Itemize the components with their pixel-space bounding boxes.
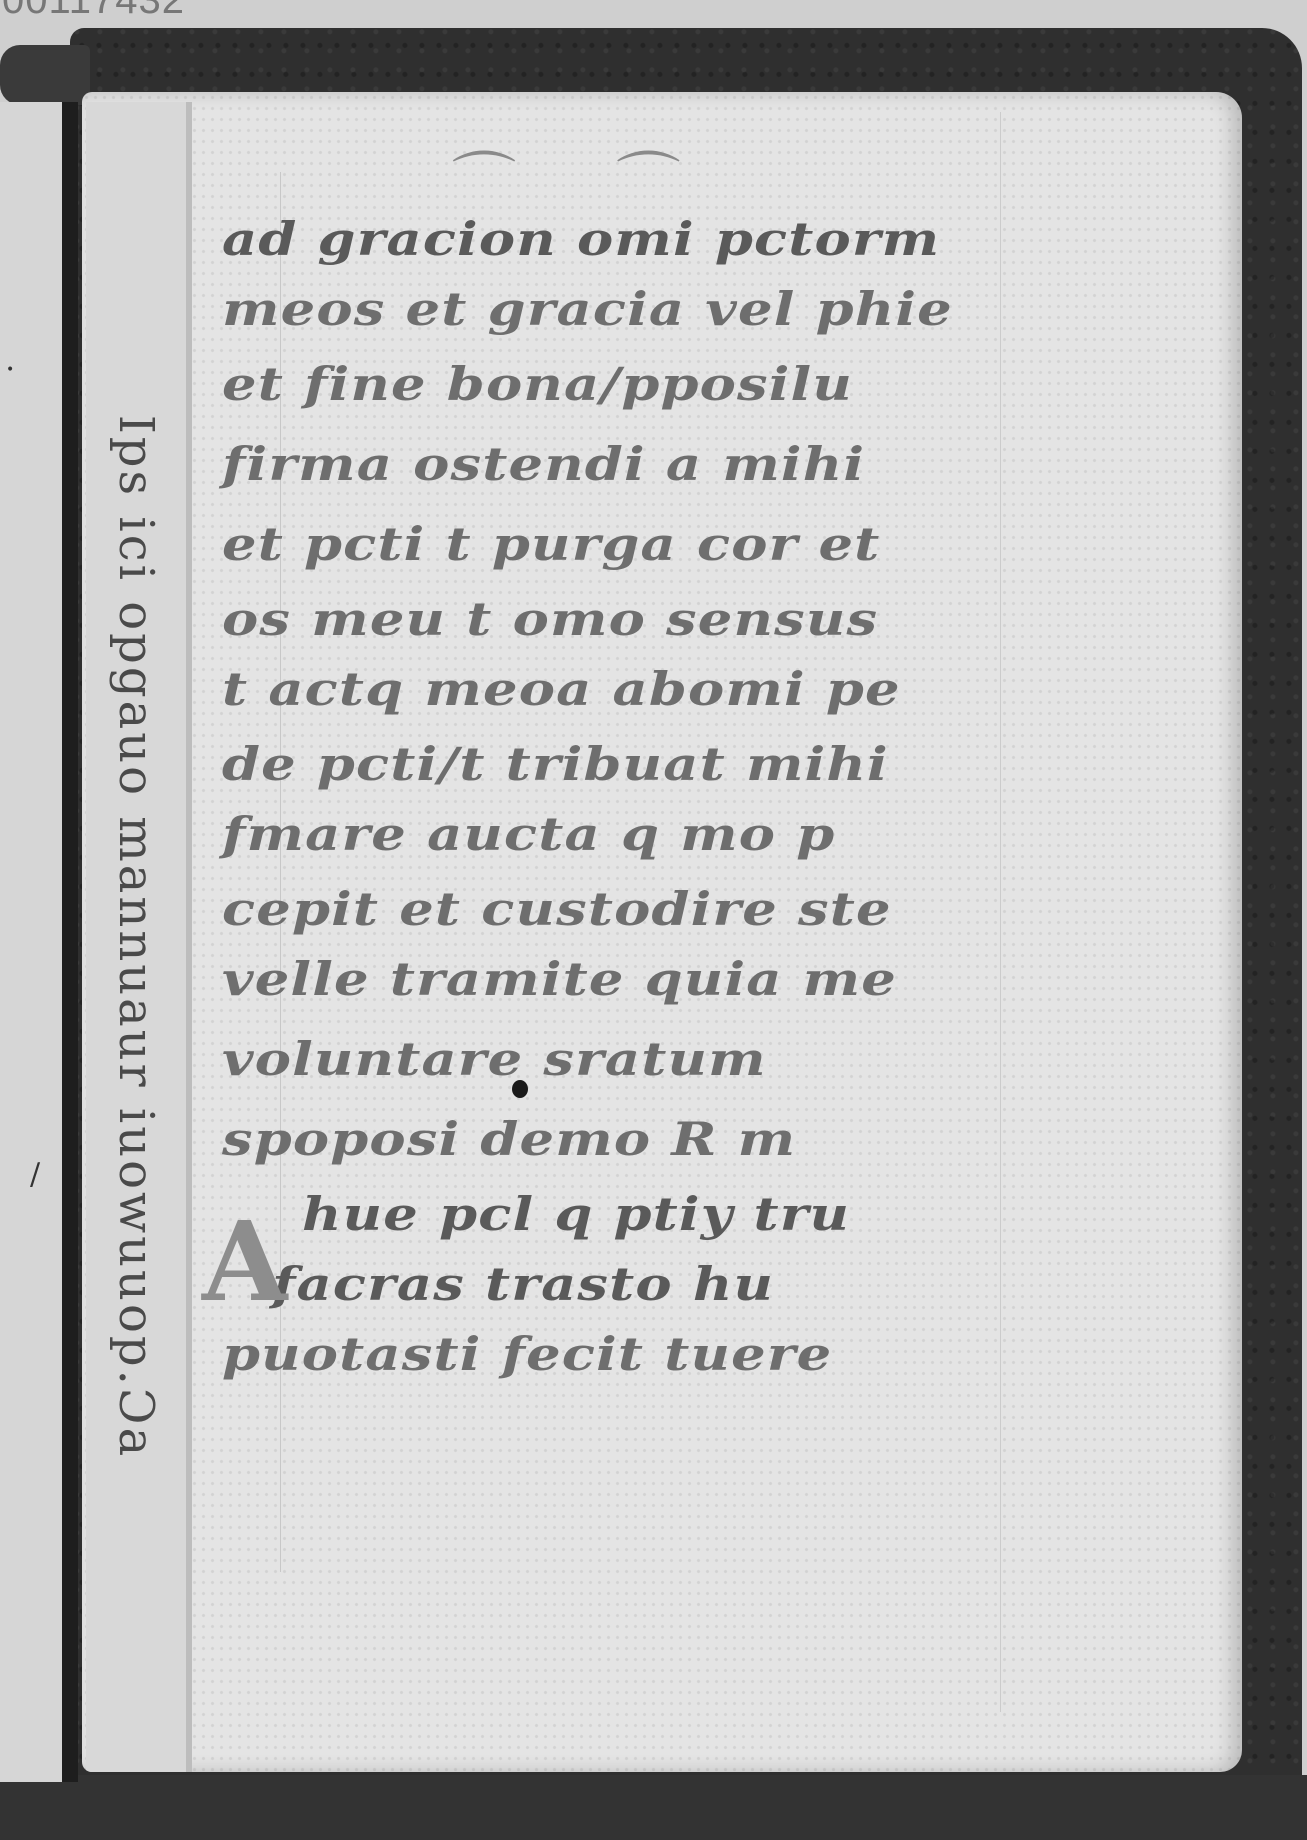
ink-blot <box>512 1080 528 1098</box>
printed-strip-text: Ips ici opgauo mannuaur iuowuuop.Ɔa <box>108 415 164 1459</box>
manuscript-line: facras trasto hu <box>272 1257 774 1311</box>
manuscript-line: t actq meoa abomi pe <box>222 662 901 716</box>
rubric-marks: ⌒ ⌒ <box>452 132 720 224</box>
facing-page-dot: • <box>6 362 14 378</box>
manuscript-line: hue pcl q ptiy tru <box>302 1187 850 1241</box>
manuscript-line: et pcti t purga cor et <box>222 517 880 571</box>
scan-id-label: 00117432 <box>2 0 185 23</box>
manuscript-line: spoposi demo R m <box>222 1112 796 1166</box>
manuscript-line: os meu t omo sensus <box>222 592 878 646</box>
binding-bottom-edge <box>0 1775 1307 1840</box>
facing-page-mark: / <box>30 1157 40 1192</box>
right-margin-ruling <box>1000 112 1001 1712</box>
decorated-initial: A <box>202 1197 287 1326</box>
manuscript-line: cepit et custodire ste <box>222 882 892 936</box>
binding-clasp <box>0 45 90 105</box>
printed-binding-strip: Ips ici opgauo mannuaur iuowuuop.Ɔa <box>86 102 192 1772</box>
manuscript-line: et fine bona/pposilu <box>222 357 853 411</box>
manuscript-line: puotasti fecit tuere <box>222 1327 832 1381</box>
manuscript-line: velle tramite quia me <box>222 952 897 1006</box>
facing-page: / • <box>0 102 78 1782</box>
manuscript-line: fmare aucta q mo p <box>222 807 835 861</box>
manuscript-line: voluntare sratum <box>222 1032 767 1086</box>
manuscript-line: de pcti/t tribuat mihi <box>222 737 889 791</box>
manuscript-page: Ips ici opgauo mannuaur iuowuuop.Ɔa ⌒ ⌒ … <box>82 92 1242 1772</box>
manuscript-line: meos et gracia vel phie <box>222 282 953 336</box>
manuscript-line: ad gracion omi pctorm <box>222 212 940 266</box>
manuscript-line: firma ostendi a mihi <box>222 437 865 491</box>
